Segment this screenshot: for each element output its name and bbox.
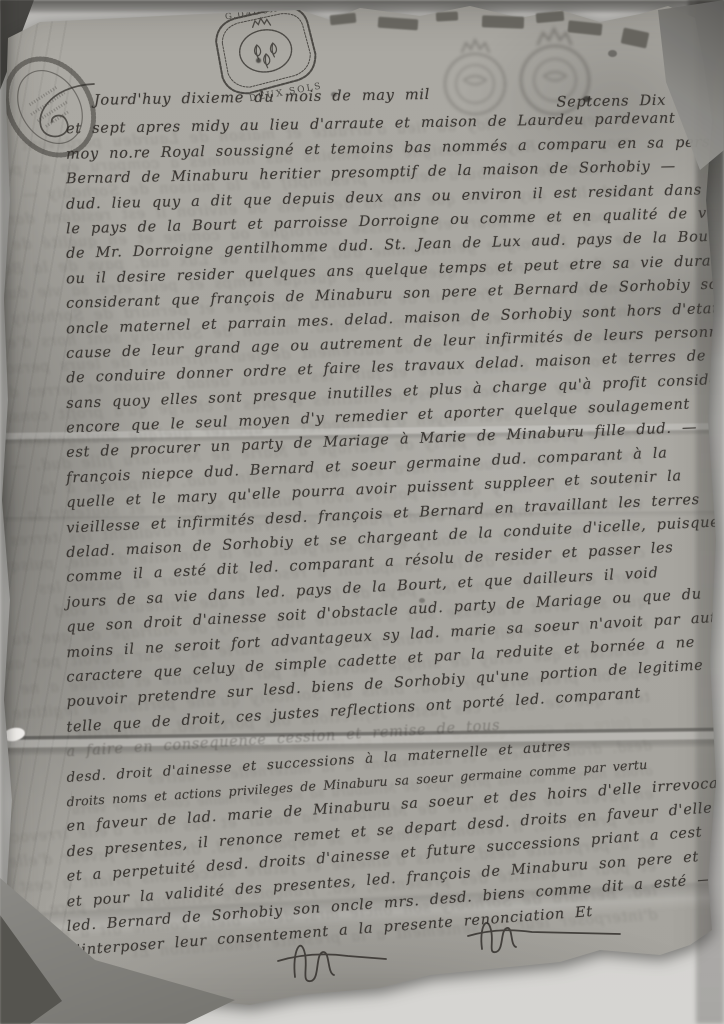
paraphe-right xyxy=(468,923,620,952)
manuscript-page: et sept apres midy au lieu d'arraute et … xyxy=(0,0,724,1024)
left-edge-shadow-overlay xyxy=(0,0,16,1024)
fiscal-stamp-top-text: G.DAUCH ET PAU xyxy=(224,2,324,23)
photograph-background: et sept apres midy au lieu d'arraute et … xyxy=(0,0,724,1024)
paper-shadow-wrap: et sept apres midy au lieu d'arraute et … xyxy=(0,0,724,1024)
paraphe-center xyxy=(278,946,386,982)
top-edge-fragment xyxy=(482,15,524,28)
manuscript-lines: et sept apres midy au lieu d'arraute et … xyxy=(66,112,666,941)
top-edge-fragment xyxy=(436,11,458,21)
manuscript-text-block: Jourd'huy dixieme du mois de may mil Sep… xyxy=(66,88,666,942)
